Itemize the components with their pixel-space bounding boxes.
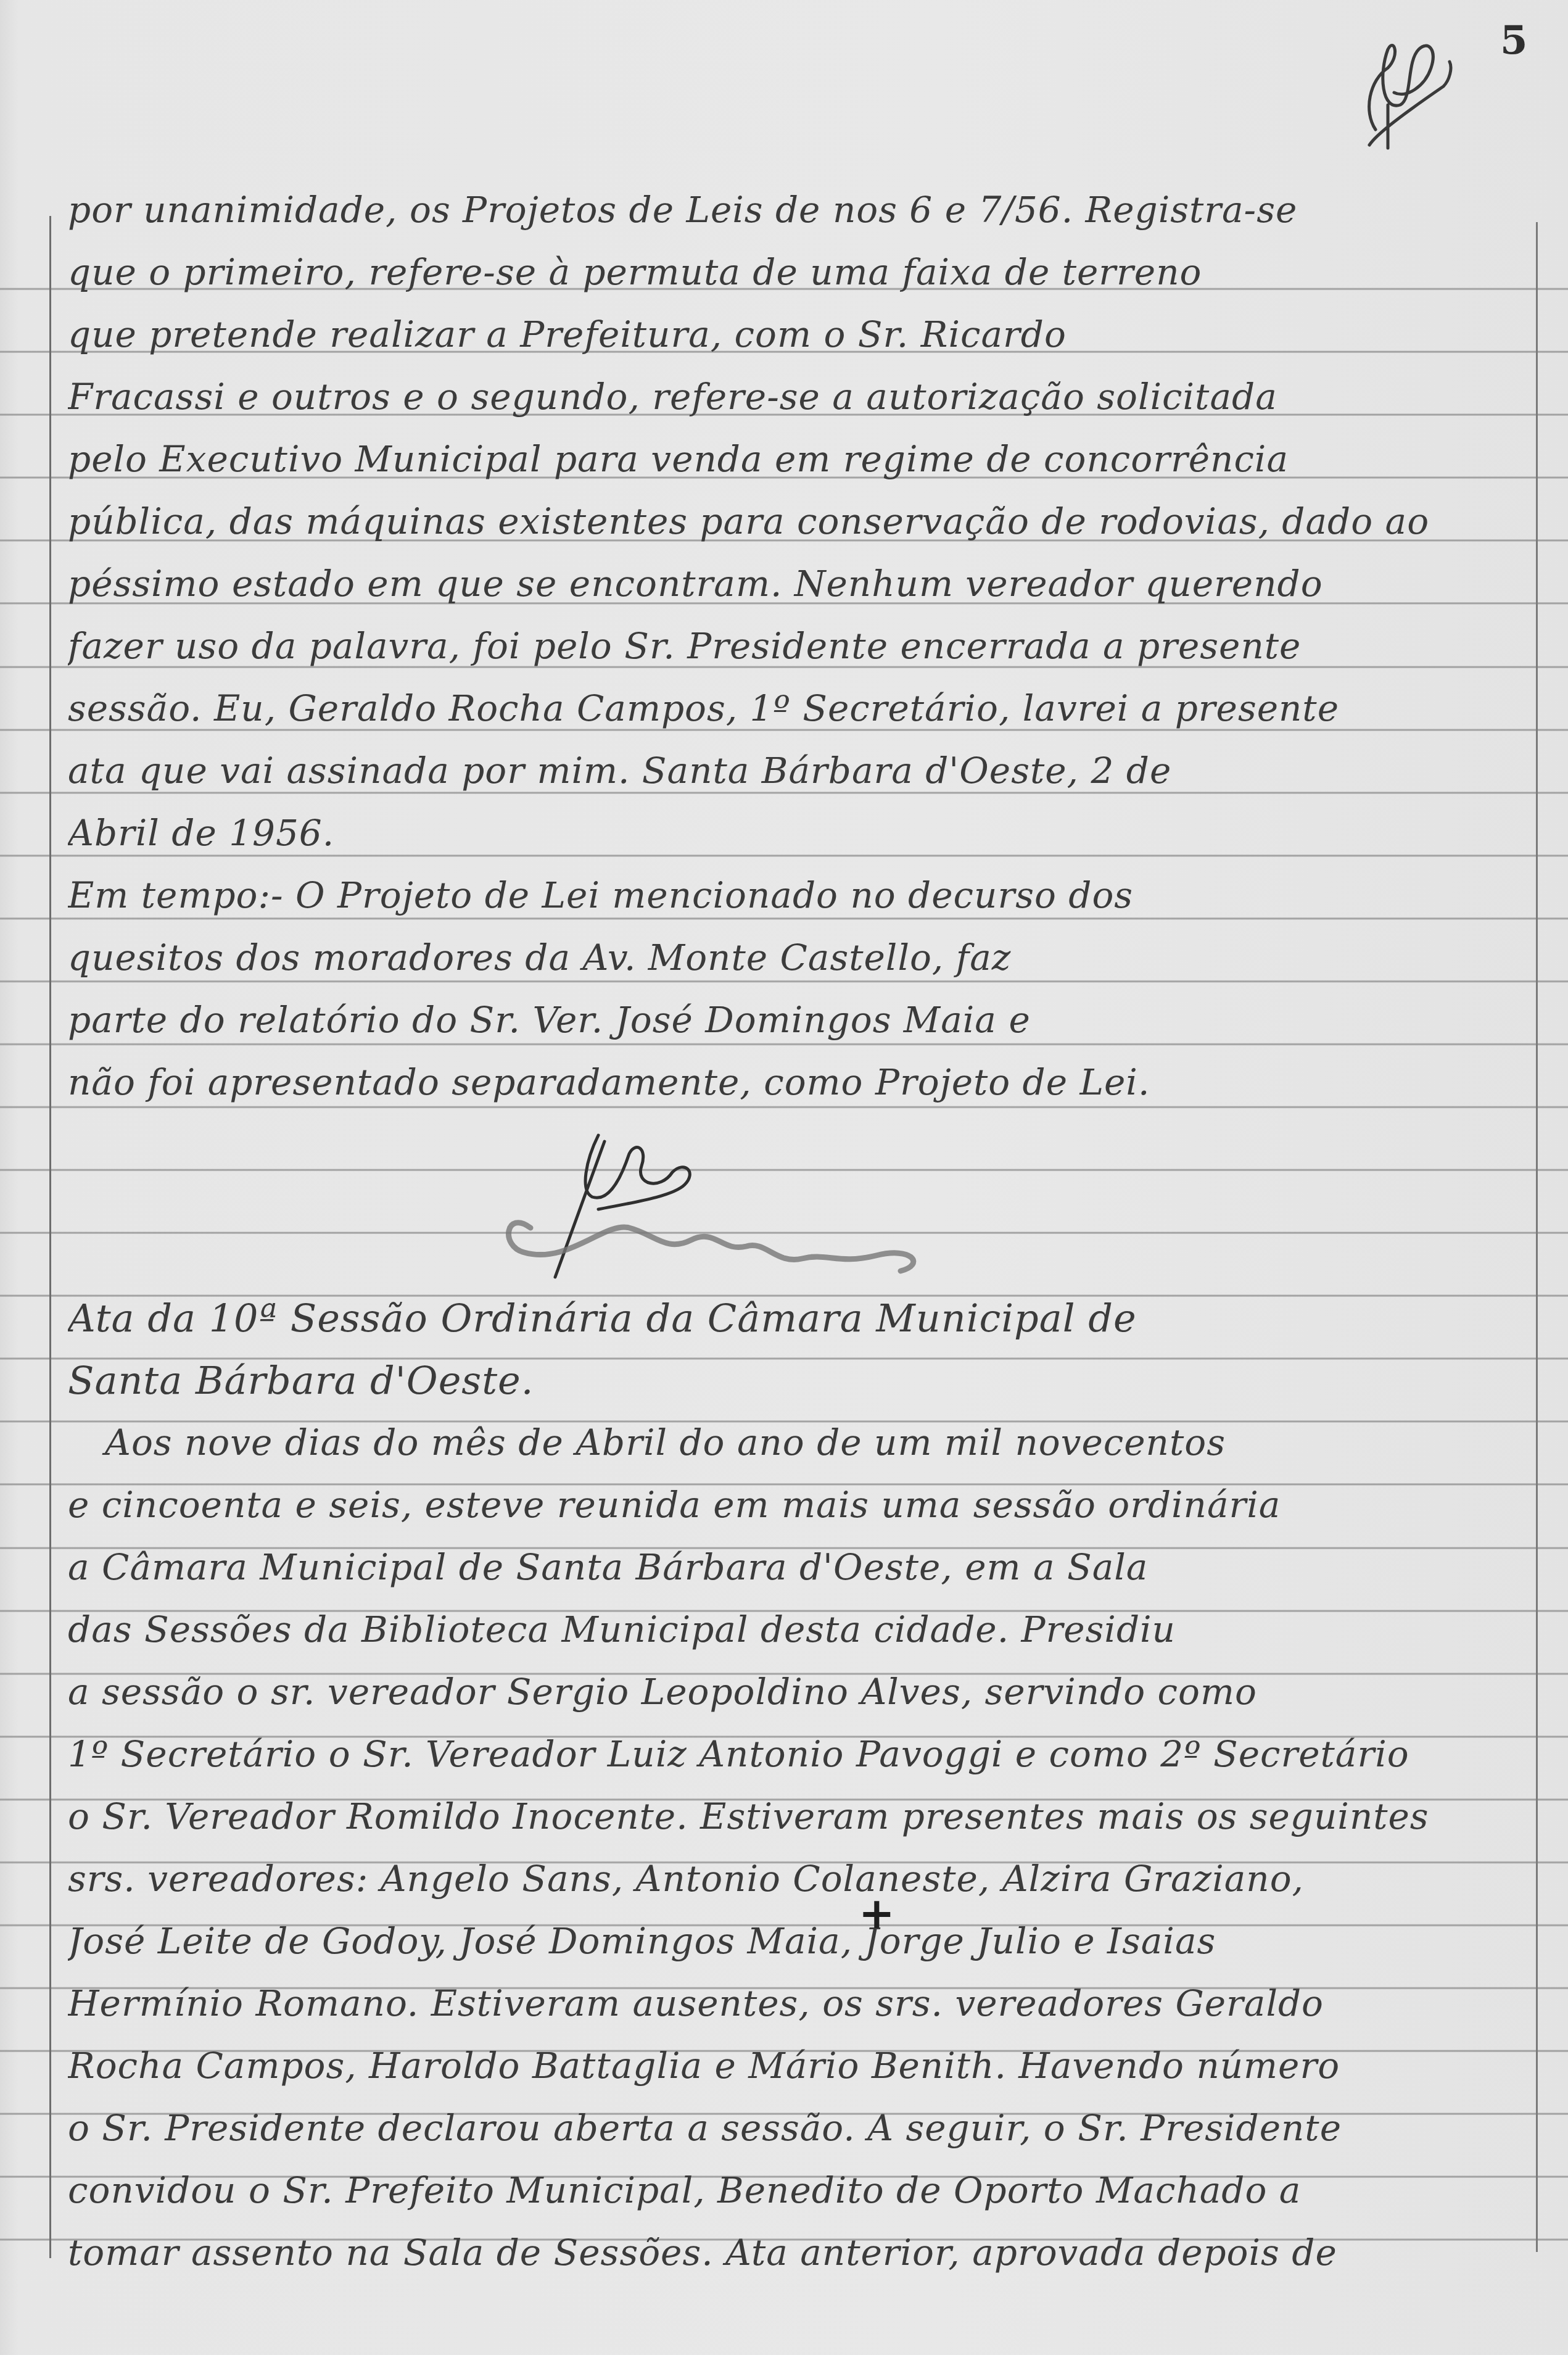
ledger-page: 5 por unanimidade, os Projetos de Leis d… xyxy=(0,0,1568,2355)
text-line: sessão. Eu, Geraldo Rocha Campos, 1º Sec… xyxy=(68,677,1530,740)
text-line: Em tempo:- O Projeto de Lei mencionado n… xyxy=(68,864,1530,927)
text-line: convidou o Sr. Prefeito Municipal, Bened… xyxy=(68,2159,1530,2222)
text-line: a sessão o sr. vereador Sergio Leopoldin… xyxy=(68,1661,1530,1723)
signatures-block-icon xyxy=(444,1123,999,1289)
text-line: o Sr. Presidente declarou aberta a sessã… xyxy=(68,2097,1530,2159)
text-line: por unanimidade, os Projetos de Leis de … xyxy=(68,179,1530,241)
text-line: que pretende realizar a Prefeitura, com … xyxy=(68,304,1530,366)
text-line: Hermínio Romano. Estiveram ausentes, os … xyxy=(68,1972,1530,2035)
text-line: ata que vai assinada por mim. Santa Bárb… xyxy=(68,740,1530,802)
text-line: péssimo estado em que se encontram. Nenh… xyxy=(68,553,1530,615)
text-line: não foi apresentado separadamente, como … xyxy=(68,1051,1530,1114)
text-line: parte do relatório do Sr. Ver. José Domi… xyxy=(68,989,1530,1051)
text-line: Fracassi e outros e o segundo, refere-se… xyxy=(68,366,1530,428)
text-line: José Leite de Godoy, José Domingos Maia,… xyxy=(68,1910,1530,1972)
right-margin-line xyxy=(1536,222,1538,2252)
section-title-line: Santa Bárbara d'Oeste. xyxy=(68,1349,1530,1412)
text-line: a Câmara Municipal de Santa Bárbara d'Oe… xyxy=(68,1536,1530,1599)
text-line: 1º Secretário o Sr. Vereador Luiz Antoni… xyxy=(68,1723,1530,1786)
minutes-section-2: Ata da 10ª Sessão Ordinária da Câmara Mu… xyxy=(68,1287,1530,2284)
text-line: tomar assento na Sala de Sessões. Ata an… xyxy=(68,2222,1530,2284)
text-line: quesitos dos moradores da Av. Monte Cast… xyxy=(68,927,1530,989)
text-line: Abril de 1956. xyxy=(68,802,1530,864)
page-number: 5 xyxy=(1500,17,1528,64)
minutes-section-1: por unanimidade, os Projetos de Leis de … xyxy=(68,179,1530,1114)
left-margin-line xyxy=(49,216,51,2258)
text-line: pelo Executivo Municipal para venda em r… xyxy=(68,428,1530,490)
text-line: Rocha Campos, Haroldo Battaglia e Mário … xyxy=(68,2035,1530,2097)
initials-signature-icon xyxy=(1351,12,1456,154)
text-line: das Sessões da Biblioteca Municipal dest… xyxy=(68,1599,1530,1661)
text-line: que o primeiro, refere-se à permuta de u… xyxy=(68,241,1530,304)
text-line: fazer uso da palavra, foi pelo Sr. Presi… xyxy=(68,615,1530,677)
text-line: o Sr. Vereador Romildo Inocente. Estiver… xyxy=(68,1786,1530,1848)
section-title-line: Ata da 10ª Sessão Ordinária da Câmara Mu… xyxy=(68,1287,1530,1349)
text-line: e cincoenta e seis, esteve reunida em ma… xyxy=(68,1474,1530,1536)
text-line: srs. vereadores: Angelo Sans, Antonio Co… xyxy=(68,1848,1530,1910)
insertion-mark: + xyxy=(859,1888,895,1939)
text-line: pública, das máquinas existentes para co… xyxy=(68,490,1530,553)
text-line: Aos nove dias do mês de Abril do ano de … xyxy=(68,1412,1530,1474)
